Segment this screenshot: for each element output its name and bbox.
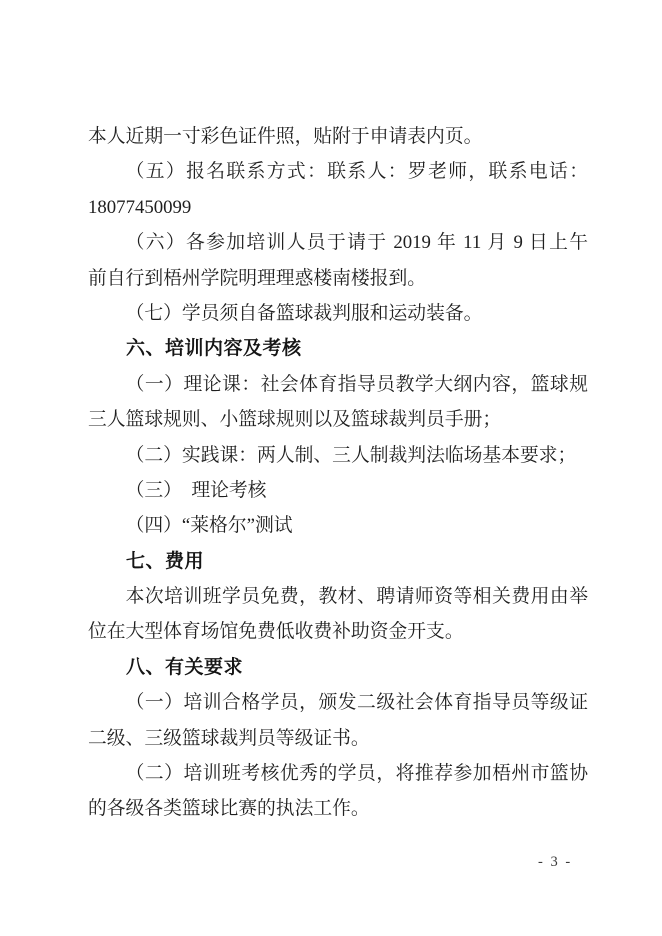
text-line: 三人篮球规则、小篮球规则以及篮球裁判员手册； bbox=[88, 402, 588, 437]
section-heading: 八、有关要求 bbox=[88, 650, 588, 685]
text-line: 18077450099 bbox=[88, 190, 588, 225]
text-line: 的各级各类篮球比赛的执法工作。 bbox=[88, 791, 588, 826]
text-line: （六）各参加培训人员于请于 2019 年 11 月 9 日上午 8:30 bbox=[88, 225, 588, 260]
text-line: （二）实践课：两人制、三人制裁判法临场基本要求； bbox=[88, 438, 588, 473]
section-heading: 六、培训内容及考核 bbox=[88, 331, 588, 366]
text-line: （一）理论课：社会体育指导员教学大纲内容，篮球规则、 bbox=[88, 367, 588, 402]
text-line: 位在大型体育场馆免费低收费补助资金开支。 bbox=[88, 614, 588, 649]
text-line: （二）培训班考核优秀的学员，将推荐参加梧州市篮协主办 bbox=[88, 756, 588, 791]
document-body: 本人近期一寸彩色证件照，贴附于申请表内页。（五）报名联系方式：联系人：罗老师，联… bbox=[88, 119, 588, 827]
text-line: （七）学员须自备篮球裁判服和运动装备。 bbox=[88, 296, 588, 331]
section-heading: 七、费用 bbox=[88, 544, 588, 579]
text-line: 二级、三级篮球裁判员等级证书。 bbox=[88, 721, 588, 756]
text-line: 前自行到梧州学院明理理惑楼南楼报到。 bbox=[88, 261, 588, 296]
document-page: 本人近期一寸彩色证件照，贴附于申请表内页。（五）报名联系方式：联系人：罗老师，联… bbox=[0, 0, 662, 936]
page-number: - 3 - bbox=[538, 854, 572, 871]
text-line: （三） 理论考核 bbox=[88, 473, 588, 508]
text-line: （五）报名联系方式：联系人：罗老师，联系电话： bbox=[88, 154, 588, 189]
text-line: （一）培训合格学员，颁发二级社会体育指导员等级证书和 bbox=[88, 685, 588, 720]
text-line: 本人近期一寸彩色证件照，贴附于申请表内页。 bbox=[88, 119, 588, 154]
text-line: （四）“莱格尔”测试 bbox=[88, 508, 588, 543]
text-line: 本次培训班学员免费，教材、聘请师资等相关费用由举办单 bbox=[88, 579, 588, 614]
